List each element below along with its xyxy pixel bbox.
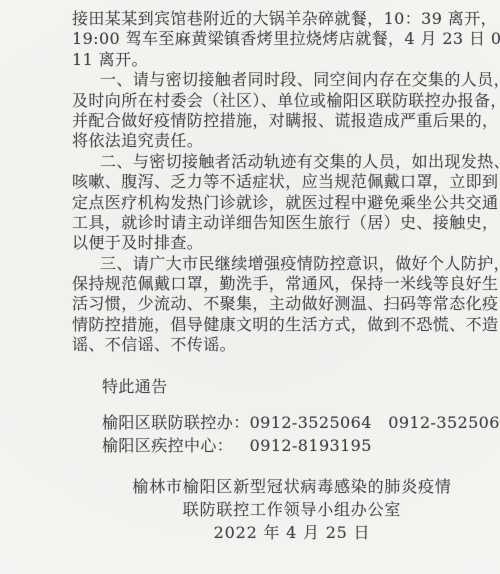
signature-date: 2022 年 4 月 25 日 (84, 521, 500, 544)
item3-line: 三、请广大市民继续增强疫情防控意识，做好个人防护， (72, 254, 436, 274)
signature-org-line2: 联防联控工作领导小组办公室 (84, 498, 500, 521)
item2-line: 二、与密切接触者活动轨迹有交集的人员，如出现发热、 (72, 152, 436, 172)
item2-line: 以便于及时排查。 (72, 233, 436, 253)
item2-line: 咳嗽、腹泻、乏力等不适症状，应当规范佩戴口罩，立即到 (72, 172, 436, 192)
signature-block: 榆林市榆阳区新型冠状病毒感染的肺炎疫情 联防联控工作领导小组办公室 2022 年… (0, 475, 500, 545)
intro-line: 19:00 驾车至麻黄梁镇香烤里拉烧烤店就餐，4 月 23 日 00： (72, 29, 436, 49)
item3-line: 活习惯，少流动、不聚集，主动做好测温、扫码等常态化疫 (72, 294, 436, 314)
item1-line: 并配合做好疫情防控措施，对瞒报、谎报造成严重后果的， (72, 111, 436, 131)
item3-line: 谣、不信谣、不传谣。 (72, 335, 436, 355)
item2-line: 工具，就诊时请主动详细告知医生旅行（居）史、接触史， (72, 213, 436, 233)
item1-line: 一、请与密切接触者同时段、同空间内存在交集的人员， (72, 70, 436, 90)
item3-line: 保持规范佩戴口罩，勤洗手，常通风，保持一米线等良好生 (72, 274, 436, 294)
contact-cdc-center: 榆阳区疾控中心： 0912-8193195 (102, 434, 500, 457)
item1-line: 及时向所在村委会（社区）、单位或榆阳区联防联控办报备， (72, 91, 436, 111)
item2-line: 定点医疗机构发热门诊就诊，就医过程中避免乘坐公共交通 (72, 193, 436, 213)
signature-org-line1: 榆林市榆阳区新型冠状病毒感染的肺炎疫情 (84, 475, 500, 498)
closing-statement: 特此通告 (102, 377, 168, 397)
intro-line: 11 离开。 (72, 50, 436, 70)
contact-joint-prevention-office: 榆阳区联防联控办：0912-3525064 0912-3525063 (102, 411, 500, 434)
notice-document-page: 接田某某到宾馆巷附近的大锅羊杂碎就餐，10：39 离开， 19:00 驾车至麻黄… (0, 0, 500, 574)
item3-line: 情防控措施，倡导健康文明的生活方式，做到不恐慌、不造 (72, 315, 436, 335)
notice-body: 接田某某到宾馆巷附近的大锅羊杂碎就餐，10：39 离开， 19:00 驾车至麻黄… (72, 9, 436, 356)
closing-text: 特此通告 (102, 377, 168, 397)
item1-line: 将依法追究责任。 (72, 131, 436, 151)
contact-numbers: 榆阳区联防联控办：0912-3525064 0912-3525063 榆阳区疾控… (102, 411, 500, 457)
intro-line: 接田某某到宾馆巷附近的大锅羊杂碎就餐，10：39 离开， (72, 9, 436, 29)
